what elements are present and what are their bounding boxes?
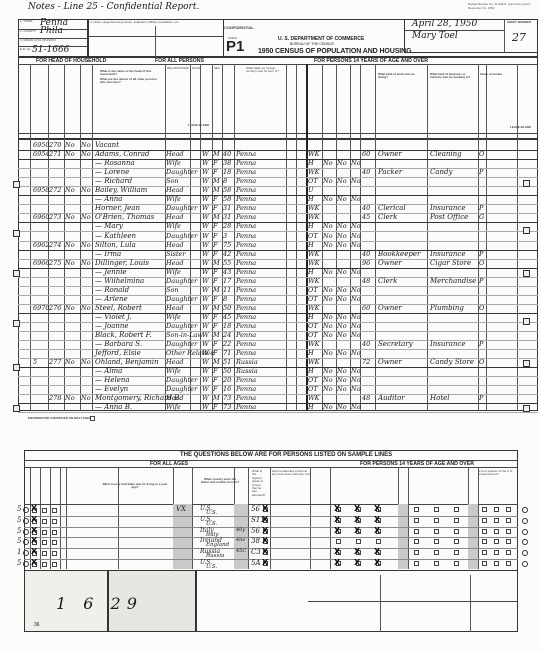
sample-circle-icon xyxy=(23,507,29,513)
race: W xyxy=(202,340,209,349)
q18: No xyxy=(351,376,361,385)
sex: M xyxy=(213,259,220,268)
farm-answer: No xyxy=(65,186,75,195)
q18: No xyxy=(351,195,361,204)
birthplace: Penna xyxy=(236,177,256,186)
veteran-checkbox[interactable] xyxy=(482,539,487,544)
occupation: Owner xyxy=(378,304,402,313)
race: W xyxy=(202,259,209,268)
race: W xyxy=(202,168,209,177)
relationship: Wife xyxy=(166,222,181,231)
x-mark-icon: X xyxy=(334,527,340,535)
table-row: Horner, JeanDaughterWF31PennaWK40Clerica… xyxy=(0,204,540,213)
industry: Post Office xyxy=(430,213,468,222)
sample-checkbox[interactable] xyxy=(52,562,57,567)
dwelling-number: 5 xyxy=(33,358,37,367)
q18: No xyxy=(351,313,361,322)
relationship: Head xyxy=(166,150,184,159)
x-mark-icon: X xyxy=(262,548,268,556)
class-of-worker: P xyxy=(479,394,483,403)
birthplace: Penna xyxy=(236,403,256,412)
race: W xyxy=(202,385,209,394)
activity: OT xyxy=(308,286,318,295)
q16: No xyxy=(323,222,333,231)
table-row: 6970276NoNoSteel, RobertHeadWM50PennaWK6… xyxy=(0,304,540,313)
sample-checkbox[interactable] xyxy=(42,508,47,513)
race: W xyxy=(202,222,209,231)
sex: F xyxy=(213,159,218,168)
sex: M xyxy=(213,186,220,195)
x-mark-icon: X xyxy=(354,527,360,535)
acres-answer: No xyxy=(81,304,91,313)
sample-checkbox[interactable] xyxy=(52,540,57,545)
work-checkbox[interactable] xyxy=(336,539,341,544)
veteran-checkbox[interactable] xyxy=(494,518,499,523)
q18: No xyxy=(351,241,361,250)
q16: No xyxy=(323,331,333,340)
sample-checkbox[interactable] xyxy=(42,530,47,535)
q16: No xyxy=(323,322,333,331)
sample-line-number: 5 xyxy=(17,505,21,513)
veteran-checkbox[interactable] xyxy=(506,529,511,534)
sex: F xyxy=(213,313,218,322)
birthplace: Penna xyxy=(236,340,256,349)
birthplace: Penna xyxy=(236,168,256,177)
veteran-checkbox[interactable] xyxy=(506,550,511,555)
race: W xyxy=(202,286,209,295)
income-checkbox[interactable] xyxy=(434,518,439,523)
farm-answer: No xyxy=(65,358,75,367)
relationship: Daughter xyxy=(166,295,197,304)
income-checkbox[interactable] xyxy=(454,529,459,534)
activity: WK xyxy=(308,358,320,367)
income-checkbox[interactable] xyxy=(414,550,419,555)
q16: No xyxy=(323,295,333,304)
age: 58 xyxy=(223,186,231,195)
veteran-checkbox[interactable] xyxy=(506,539,511,544)
age: 50 xyxy=(223,367,231,376)
occupation: Clerk xyxy=(378,277,397,286)
x-mark-icon: X xyxy=(354,559,360,567)
q17: No xyxy=(337,349,347,358)
q17: No xyxy=(337,403,347,412)
veteran-checkbox[interactable] xyxy=(482,507,487,512)
q18: No xyxy=(351,159,361,168)
sample-checkbox[interactable] xyxy=(42,562,47,567)
race: W xyxy=(202,313,209,322)
farm-answer: No xyxy=(65,394,75,403)
sample-row: 5XIrelandEngland4ne38X xyxy=(0,537,540,548)
birthplace: Penna xyxy=(236,159,256,168)
sample-circle-icon xyxy=(23,550,29,556)
person-name: Vacant xyxy=(95,141,119,150)
activity: OT xyxy=(308,331,318,340)
table-row: 6950270NoNoVacant xyxy=(0,141,540,150)
school-grade: 38 xyxy=(251,537,260,545)
sample-checkbox[interactable] xyxy=(52,551,57,556)
class-of-worker: O xyxy=(479,259,484,268)
class-of-worker: P xyxy=(479,168,483,177)
race: W xyxy=(202,159,209,168)
birthplace: Penna xyxy=(236,222,256,231)
x-mark-icon: X xyxy=(262,559,268,567)
handwritten-note: Notes - Line 25 - Confidential Report. xyxy=(28,2,199,12)
relationship: Wife xyxy=(166,313,181,322)
x-mark-icon: X xyxy=(31,537,37,545)
class-of-worker: O xyxy=(479,358,484,367)
person-name: Horner, Jean xyxy=(95,204,140,213)
work-checkbox[interactable] xyxy=(376,539,381,544)
sample-checkbox[interactable] xyxy=(42,551,47,556)
sex: F xyxy=(213,232,218,241)
industry: Cigar Store xyxy=(430,259,471,268)
q17: No xyxy=(337,331,347,340)
class-of-worker: G xyxy=(479,213,484,222)
sample-line-marker xyxy=(523,360,530,367)
birthplace: Penna xyxy=(236,286,256,295)
sample-circle-icon xyxy=(522,539,528,545)
veteran-checkbox[interactable] xyxy=(506,507,511,512)
table-row: 278NoNoMontgomery, Richard B.HeadWM73Pen… xyxy=(0,394,540,403)
industry: Insurance xyxy=(430,340,465,349)
q18: No xyxy=(351,177,361,186)
class-of-worker: P xyxy=(479,250,483,259)
veteran-checkbox[interactable] xyxy=(506,561,511,566)
age: 73 xyxy=(223,394,231,403)
dwelling-number: 6960 xyxy=(33,213,50,222)
person-name: — Rosanna xyxy=(95,159,135,168)
q18: No xyxy=(351,403,361,412)
x-mark-icon: X xyxy=(334,559,340,567)
person-name: Steel, Robert xyxy=(95,304,142,313)
activity: U xyxy=(308,186,313,195)
sample-circle-icon xyxy=(522,550,528,556)
q16: No xyxy=(323,232,333,241)
census-sheet: Notes - Line 25 - Confidential Report. B… xyxy=(0,0,540,651)
q17: No xyxy=(337,385,347,394)
continuation-checkbox[interactable] xyxy=(90,416,95,421)
sample-marker: VX xyxy=(176,505,186,513)
county-value: Phila xyxy=(40,26,63,36)
veteran-checkbox[interactable] xyxy=(494,550,499,555)
person-name: — Anna xyxy=(95,195,122,204)
relationship: Wife xyxy=(166,195,181,204)
sample-line-marker xyxy=(523,270,530,277)
dwelling-number: 6966 xyxy=(33,259,50,268)
serial-number: 278 xyxy=(49,394,61,403)
sample-checkbox[interactable] xyxy=(52,508,57,513)
income-checkbox[interactable] xyxy=(434,539,439,544)
industry: Merchandise xyxy=(430,277,476,286)
race: W xyxy=(202,177,209,186)
person-name: — Ronald xyxy=(95,286,129,295)
race: W xyxy=(202,241,209,250)
income-checkbox[interactable] xyxy=(454,539,459,544)
sample-line-marker xyxy=(523,405,530,412)
income-checkbox[interactable] xyxy=(414,507,419,512)
q16: No xyxy=(323,376,333,385)
q17: No xyxy=(337,159,347,168)
race: W xyxy=(202,403,209,412)
race: W xyxy=(202,250,209,259)
income-checkbox[interactable] xyxy=(434,507,439,512)
sex: F xyxy=(213,241,218,250)
age: 73 xyxy=(223,403,231,412)
birthplace: Penna xyxy=(236,376,256,385)
q17: No xyxy=(337,295,347,304)
x-mark-icon: X xyxy=(374,516,380,524)
q16: No xyxy=(323,313,333,322)
x-mark-icon: X xyxy=(31,548,37,556)
activity: WK xyxy=(308,304,320,313)
school-grade: 56 xyxy=(251,527,260,535)
activity: WK xyxy=(308,150,320,159)
x-mark-icon: X xyxy=(374,527,380,535)
activity: H xyxy=(308,349,314,358)
x-mark-icon: X xyxy=(334,505,340,513)
table-row: — JennieWifeWF43PennaHNoNoNo xyxy=(0,268,540,277)
veteran-checkbox[interactable] xyxy=(482,561,487,566)
hours-worked: 72 xyxy=(362,358,370,367)
q17: No xyxy=(337,313,347,322)
person-name: Bailey, William xyxy=(95,186,147,195)
veteran-checkbox[interactable] xyxy=(494,507,499,512)
sample-checkbox[interactable] xyxy=(52,519,57,524)
birthplace: Penna xyxy=(236,322,256,331)
sample-row: 5XU.S.U.S.5AXXXX xyxy=(0,559,540,570)
veteran-checkbox[interactable] xyxy=(494,529,499,534)
table-row: 6958272NoNoBailey, WilliamHeadWM58PennaU xyxy=(0,186,540,195)
sample-line-number: 5 xyxy=(17,559,21,567)
veteran-checkbox[interactable] xyxy=(482,518,487,523)
age: 71 xyxy=(223,349,231,358)
person-name: — Wilhelmina xyxy=(95,277,144,286)
age: 55 xyxy=(223,259,231,268)
q17: No xyxy=(337,232,347,241)
person-name: — Richard xyxy=(95,177,132,186)
sex: F xyxy=(213,195,218,204)
hours-worked: 40 xyxy=(362,204,370,213)
sample-line-number: 1 xyxy=(17,548,21,556)
form-id: P1 xyxy=(226,38,244,55)
occupation: Auditor xyxy=(378,394,405,403)
acres-answer: No xyxy=(81,358,91,367)
sample-line-number: 5 xyxy=(17,516,21,524)
person-name: — Kathleen xyxy=(95,232,136,241)
sample-row: 5XU.S.U.S.S11XXXX xyxy=(0,516,540,527)
age: 18 xyxy=(223,168,231,177)
sample-checkbox[interactable] xyxy=(42,540,47,545)
q16: No xyxy=(323,177,333,186)
table-row: 5277NoNoOhland, BenjaminHeadWM51RussiaWK… xyxy=(0,358,540,367)
continuation-note: ENUMERATOR CONTINUED ON NEXT SHEET xyxy=(28,417,93,420)
income-checkbox[interactable] xyxy=(414,529,419,534)
veteran-checkbox[interactable] xyxy=(482,550,487,555)
industry: Insurance xyxy=(430,204,465,213)
acres-answer: No xyxy=(81,213,91,222)
hours-worked: 48 xyxy=(362,394,370,403)
table-row: — EvelynDaughterWF16PennaOTNoNoNo xyxy=(0,385,540,394)
income-checkbox[interactable] xyxy=(434,529,439,534)
q18: No xyxy=(351,286,361,295)
sex: F xyxy=(213,295,218,304)
activity: WK xyxy=(308,340,320,349)
q16: No xyxy=(323,385,333,394)
table-row: — KathleenDaughterWF3PennaOTNoNoNo xyxy=(0,232,540,241)
budget-note: Budget Bureau No. 41-R9H1. Approval expi… xyxy=(468,2,540,10)
sample-code: 45C xyxy=(236,548,246,554)
activity: H xyxy=(308,367,314,376)
sample-checkbox[interactable] xyxy=(42,519,47,524)
activity: H xyxy=(308,313,314,322)
occupation: Secretary xyxy=(378,340,413,349)
activity: H xyxy=(308,195,314,204)
serial-number: 271 xyxy=(49,150,61,159)
table-row: — RosannaWifeWF38PennaHNoNoNo xyxy=(0,159,540,168)
sample-circle-icon xyxy=(23,518,29,524)
sample-line-marker xyxy=(523,227,530,234)
person-name: Adams, Conrad xyxy=(95,150,149,159)
income-checkbox[interactable] xyxy=(454,561,459,566)
birthplace: Russia xyxy=(236,367,258,376)
activity: H xyxy=(308,268,314,277)
activity: OT xyxy=(308,385,318,394)
occupation: Clerical xyxy=(378,204,406,213)
farm-answer: No xyxy=(65,241,75,250)
x-mark-icon: X xyxy=(374,548,380,556)
x-mark-icon: X xyxy=(262,505,268,513)
relationship: Head xyxy=(166,259,184,268)
farm-answer: No xyxy=(65,213,75,222)
sex: F xyxy=(213,168,218,177)
relationship: Wife xyxy=(166,367,181,376)
serial-number: 275 xyxy=(49,259,61,268)
activity: H xyxy=(308,241,314,250)
school-grade: 56 xyxy=(251,505,260,513)
sample-circle-icon xyxy=(522,518,528,524)
income-checkbox[interactable] xyxy=(414,539,419,544)
activity: WK xyxy=(308,213,320,222)
person-name: — Violet J. xyxy=(95,313,132,322)
bureau: BUREAU OF THE CENSUS xyxy=(290,42,334,46)
class-of-worker: O xyxy=(479,304,484,313)
q18: No xyxy=(351,322,361,331)
occupation: Bookkeeper xyxy=(378,250,420,259)
sample-line-number: 5 xyxy=(17,537,21,545)
relationship: Head xyxy=(166,241,184,250)
sample-line-marker xyxy=(13,405,20,412)
sample-circle-icon xyxy=(23,561,29,567)
census-title: 1950 CENSUS OF POPULATION AND HOUSING xyxy=(258,48,411,55)
relationship: Daughter xyxy=(166,322,197,331)
q17: No xyxy=(337,286,347,295)
hours-worked: 60 xyxy=(362,304,370,313)
sex: M xyxy=(213,304,220,313)
sample-banner: THE QUESTIONS BELOW ARE FOR PERSONS LIST… xyxy=(180,452,392,458)
race: W xyxy=(202,150,209,159)
table-row: Black, Robert F.Son-in-LawWM24PennaOTNoN… xyxy=(0,331,540,340)
q16: No xyxy=(323,286,333,295)
person-name: — Irma xyxy=(95,250,121,259)
table-row: — AlmaWifeWF50RussiaHNoNoNo xyxy=(0,367,540,376)
q17: No xyxy=(337,322,347,331)
activity: H xyxy=(308,159,314,168)
table-row: — Violet J.WifeWF45PennaHNoNoNo xyxy=(0,313,540,322)
q18: No xyxy=(351,367,361,376)
veteran-checkbox[interactable] xyxy=(494,561,499,566)
footer-tally: 1 6 29 xyxy=(56,594,143,613)
acres-answer: No xyxy=(81,259,91,268)
sample-code: 40y xyxy=(236,527,245,533)
school-grade: 5A xyxy=(251,559,261,567)
income-checkbox[interactable] xyxy=(454,507,459,512)
q17: No xyxy=(337,177,347,186)
dwelling-number: 6954 xyxy=(33,150,50,159)
sample-line-marker xyxy=(523,180,530,187)
race: W xyxy=(202,358,209,367)
activity: OT xyxy=(308,322,318,331)
q18: No xyxy=(351,232,361,241)
x-mark-icon: X xyxy=(262,516,268,524)
dwelling-number: 6958 xyxy=(33,186,50,195)
farm-answer: No xyxy=(65,141,75,150)
income-checkbox[interactable] xyxy=(434,550,439,555)
sample-line-marker xyxy=(13,364,20,371)
table-row: — ArleneDaughterWF8PennaOTNoNoNo xyxy=(0,295,540,304)
income-checkbox[interactable] xyxy=(454,518,459,523)
sample-circle-icon xyxy=(522,561,528,567)
serial-number: 270 xyxy=(49,141,61,150)
sex: F xyxy=(213,322,218,331)
sex: F xyxy=(213,204,218,213)
sample-checkbox[interactable] xyxy=(52,530,57,535)
x-mark-icon: X xyxy=(334,516,340,524)
table-row: — MaryWifeWF28PennaHNoNoNo xyxy=(0,222,540,231)
ed-number: 51-1666 xyxy=(32,45,69,55)
occupation: Clerk xyxy=(378,213,397,222)
age: 43 xyxy=(223,268,231,277)
income-checkbox[interactable] xyxy=(434,561,439,566)
industry: Cleaning xyxy=(430,150,462,159)
sex: M xyxy=(213,286,220,295)
income-checkbox[interactable] xyxy=(454,550,459,555)
sex: M xyxy=(213,213,220,222)
relationship: Head xyxy=(166,304,184,313)
birthplace: Russia xyxy=(236,358,258,367)
x-mark-icon: X xyxy=(354,505,360,513)
birthplace: Penna xyxy=(236,349,256,358)
veteran-checkbox[interactable] xyxy=(482,529,487,534)
work-checkbox[interactable] xyxy=(356,539,361,544)
sample-line-marker xyxy=(523,318,530,325)
x-mark-icon: X xyxy=(334,548,340,556)
sample-row: 5XItalyItaly40y56XXXX xyxy=(0,527,540,538)
race: W xyxy=(202,349,209,358)
veteran-checkbox[interactable] xyxy=(494,539,499,544)
hours-worked: 96 xyxy=(362,259,370,268)
table-row: — AnnaWifeWF58PennaHNoNoNo xyxy=(0,195,540,204)
income-checkbox[interactable] xyxy=(414,561,419,566)
veteran-checkbox[interactable] xyxy=(506,518,511,523)
age: 38 xyxy=(223,159,231,168)
income-checkbox[interactable] xyxy=(414,518,419,523)
table-row: — LoreneDaughterWF18PennaWK40PackerCandy… xyxy=(0,168,540,177)
sample-line-marker xyxy=(13,181,20,188)
person-name: — Jennie xyxy=(95,268,127,277)
birthplace: Penna xyxy=(236,331,256,340)
person-name: Ohland, Benjamin xyxy=(95,358,159,367)
age: 20 xyxy=(223,376,231,385)
